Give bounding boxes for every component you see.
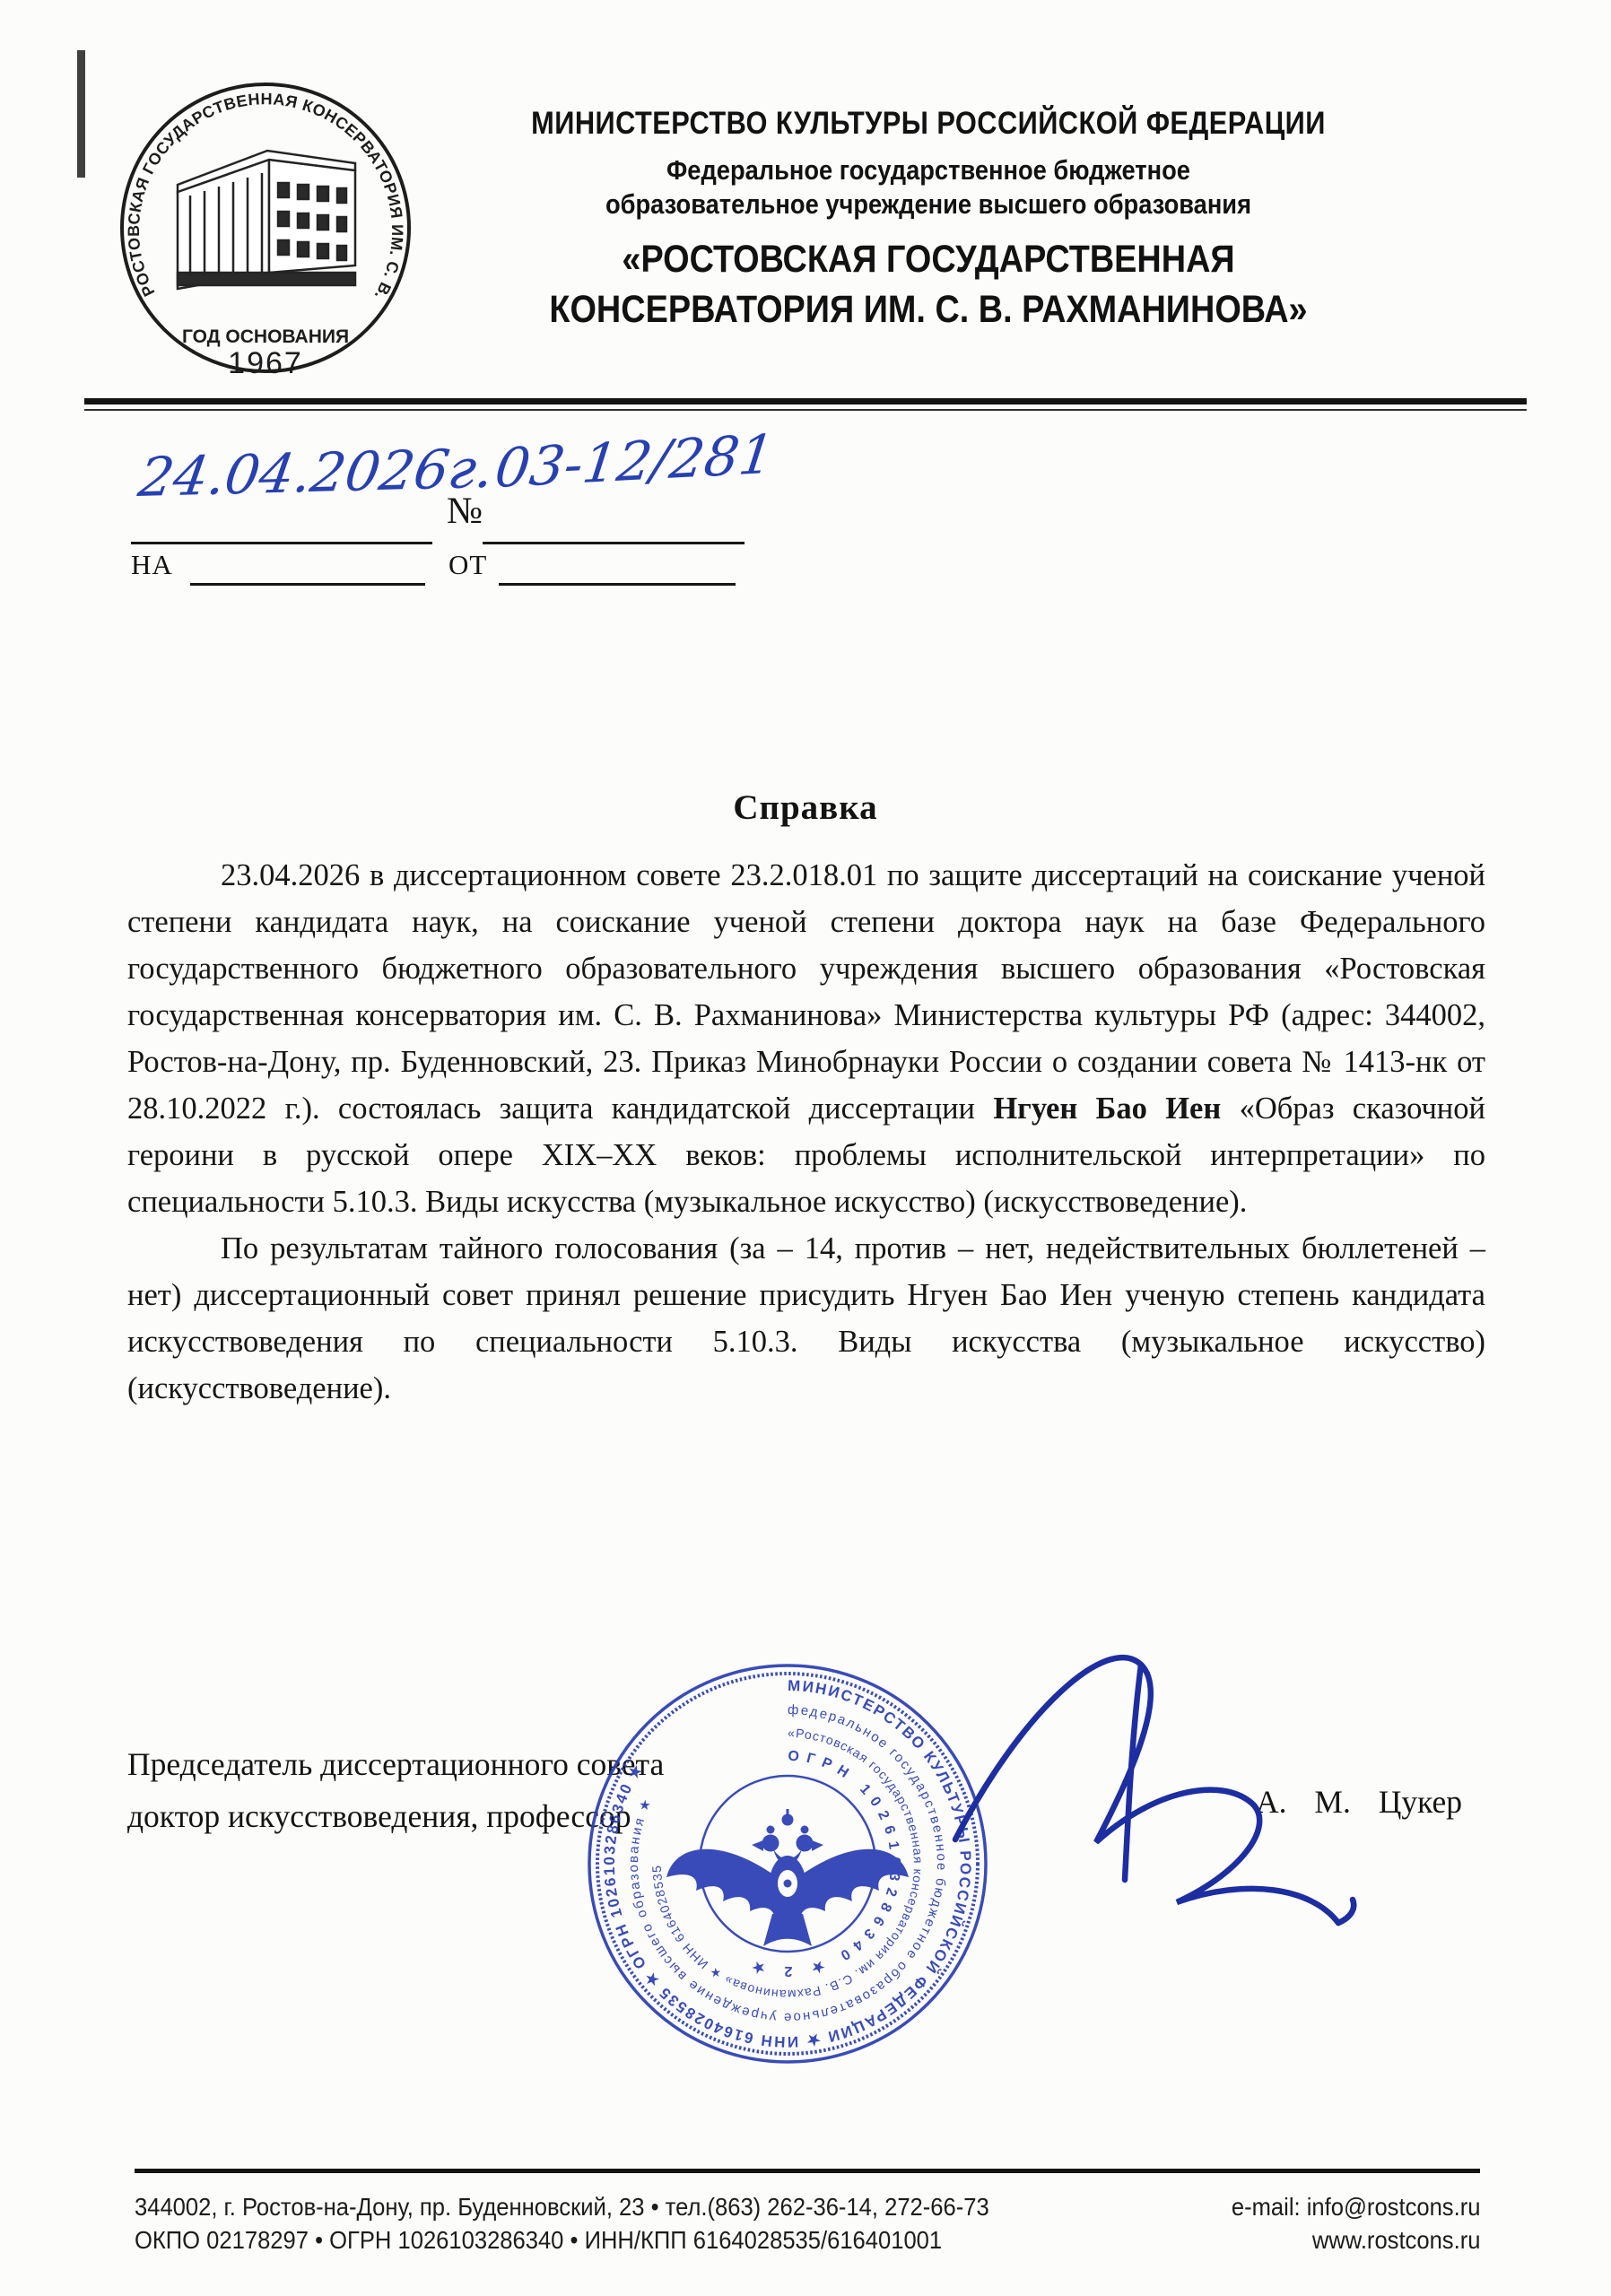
header-name-2: КОНСЕРВАТОРИЯ ИМ. С. В. РАХМАНИНОВА»	[451, 284, 1406, 335]
header-ministry: МИНИСТЕРСТВО КУЛЬТУРЫ РОССИЙСКОЙ ФЕДЕРАЦ…	[451, 106, 1406, 142]
footer-website: www.rostcons.ru	[1231, 2223, 1480, 2257]
scan-artifact	[77, 50, 85, 178]
scanned-letter-page: РОСТОВСКАЯ ГОСУДАРСТВЕННАЯ КОНСЕРВАТОРИЯ…	[0, 0, 1611, 2296]
signer-title-2: доктор искусствоведения, профессор	[127, 1797, 631, 1835]
number-underline	[483, 542, 745, 544]
handwritten-number: 03-12/281	[492, 423, 778, 500]
footer-registry-line: ОКПО 02178297 • ОГРН 1026103286340 • ИНН…	[135, 2223, 989, 2257]
header-divider	[84, 398, 1527, 411]
footer-address-block: 344002, г. Ростов-на-Дону, пр. Буденновс…	[135, 2190, 989, 2257]
ot-underline	[499, 583, 736, 586]
document-body: 23.04.2026 в диссертационном совете 23.2…	[127, 852, 1485, 1412]
handwritten-signature	[906, 1602, 1408, 1961]
ot-label: ОТ	[448, 549, 487, 581]
header-federal-2: образовательное учреждение высшего образ…	[451, 187, 1406, 222]
conservatory-emblem-icon: РОСТОВСКАЯ ГОСУДАРСТВЕННАЯ КОНСЕРВАТОРИЯ…	[115, 77, 416, 378]
paragraph-2: По результатам тайного голосования (за –…	[127, 1225, 1485, 1412]
header-name-1: «РОСТОВСКАЯ ГОСУДАРСТВЕННАЯ	[451, 234, 1406, 284]
footer-address-line: 344002, г. Ростов-на-Дону, пр. Буденновс…	[135, 2190, 989, 2223]
founding-label: ГОД ОСНОВАНИЯ	[182, 326, 349, 347]
handwritten-date: 24.04.2026г.	[135, 438, 498, 509]
number-sign-label: №	[447, 490, 483, 533]
p1-text-before: 23.04.2026 в диссертационном совете 23.2…	[127, 858, 1485, 1126]
building-icon	[178, 151, 355, 289]
footer-email: e-mail: info@rostcons.ru	[1231, 2190, 1480, 2223]
date-underline	[131, 542, 432, 544]
na-label: НА	[131, 549, 173, 581]
header-federal-1: Федеральное государственное бюджетное	[451, 153, 1406, 187]
footer-contact-block: e-mail: info@rostcons.ru www.rostcons.ru	[1231, 2190, 1480, 2257]
footer-divider	[135, 2169, 1480, 2173]
founding-year: 1967	[228, 346, 303, 378]
p1-candidate-name: Нгуен Бао Иен	[993, 1091, 1221, 1126]
paragraph-1: 23.04.2026 в диссертационном совете 23.2…	[127, 852, 1485, 1225]
letterhead: МИНИСТЕРСТВО КУЛЬТУРЫ РОССИЙСКОЙ ФЕДЕРАЦ…	[386, 106, 1471, 335]
na-underline	[190, 583, 425, 586]
document-title: Справка	[127, 787, 1484, 828]
